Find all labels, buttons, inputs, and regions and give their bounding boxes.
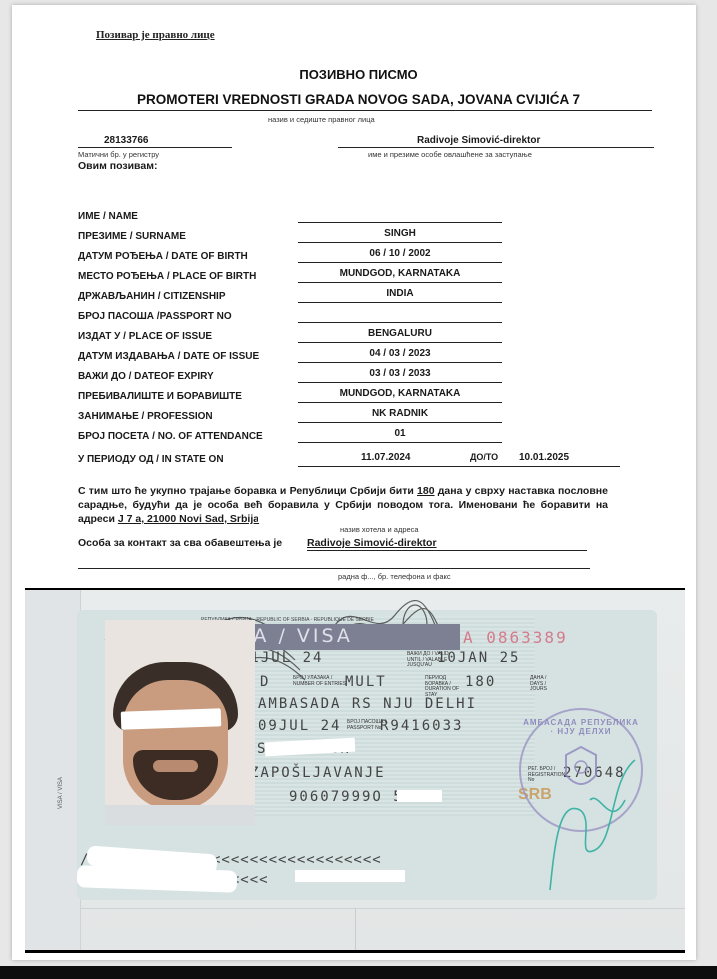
header-note: Позивар је правно лице: [96, 29, 215, 41]
field-label: ЗАНИМАЊЕ / PROFESSION: [78, 411, 213, 422]
letter-title: ПОЗИВНО ПИСМО: [0, 67, 717, 82]
redaction-mark: [397, 790, 442, 802]
visa-number: A 0863389: [463, 628, 568, 647]
organization-rule: [78, 110, 652, 111]
period-rule: [298, 466, 620, 467]
stay-paragraph: С тим што ће укупно трајање боравка и Ре…: [78, 484, 608, 526]
redaction-mark: [258, 510, 340, 522]
contact-value: Radivoje Simović-direktor: [307, 537, 437, 549]
redaction-mark: [295, 870, 405, 882]
remarks: ZAPOŠLJAVANJE: [250, 765, 386, 781]
field-value: MUNDGOD, KARNATAKA: [298, 388, 502, 403]
field-value: 01: [298, 428, 502, 443]
field-label: БРОЈ ПАСОША /PASSPORT NO: [78, 311, 232, 322]
stay-days: 180: [417, 485, 435, 497]
signature-icon: [540, 740, 650, 900]
field-value: 03 / 03 / 2033: [298, 368, 502, 383]
entries-label: БРОЈ УЛАЗАКА / NUMBER OF ENTRIES: [293, 676, 348, 687]
field-value: SINGH: [298, 228, 502, 243]
contact-caption: радна ф..., бр. телефона и факс: [338, 572, 451, 581]
period-from: 11.07.2024: [361, 452, 411, 463]
registry-rule: [78, 147, 232, 148]
redaction-mark: [372, 207, 428, 220]
field-label: БРОЈ ПОСЕТА / NO. OF ATTENDANCE: [78, 431, 263, 442]
code-line: 90607999O 5: [289, 789, 404, 805]
field-value: 04 / 03 / 2023: [298, 348, 502, 363]
registry-number: 28133766: [104, 135, 149, 146]
field-value: BENGALURU: [298, 328, 502, 343]
contact-rule: [307, 550, 587, 551]
issue-date: 09JUL 24: [258, 718, 341, 734]
bottom-bar: [0, 966, 717, 979]
visa-photo: VISA / VISA РЕПУБЛИКА СРБИЈА · REPUBLIC …: [25, 588, 685, 953]
field-label: ПРЕЗИМЕ / SURNAME: [78, 231, 186, 242]
field-value: NK RADNIK: [298, 408, 502, 423]
redaction-mark: [372, 307, 428, 320]
field-value: INDIA: [298, 288, 502, 303]
days-label: ДАНА / DAYS / JOURS: [530, 676, 552, 693]
duration: 180: [465, 674, 496, 690]
field-label: ПРЕБИВАЛИШТЕ И БОРАВИШТЕ: [78, 391, 242, 402]
paragraph-text-1: С тим што ће укупно трајање боравка и Ре…: [78, 485, 417, 497]
redaction-mark: [330, 553, 402, 565]
field-label: ДАТУМ ИЗДАВАЊА / DATE OF ISSUE: [78, 351, 259, 362]
photo-mouth: [153, 760, 198, 772]
field-label: ВАЖИ ДО / DATEOF EXPIRY: [78, 371, 214, 382]
field-label: ДАТУМ РОЂЕЊА / DATE OF BIRTH: [78, 251, 248, 262]
passport-margin: VISA / VISA: [25, 590, 81, 950]
representative-rule: [338, 147, 654, 148]
address-caption: назив хотела и адреса: [340, 525, 419, 534]
representative-caption: име и презиме особе овлашћене за заступа…: [368, 150, 532, 159]
field-value: 06 / 10 / 2002: [298, 248, 502, 263]
field-label: ИМЕ / NAME: [78, 211, 138, 222]
stay-address: J 7 a, 21000 Novi Sad, Srbija: [118, 513, 259, 525]
page-divider: [80, 908, 685, 909]
field-label: МЕСТО РОЂЕЊА / PLACE OF BIRTH: [78, 271, 256, 282]
contact-detail-rule: [78, 568, 590, 569]
organization-name: PROMOTERI VREDNOSTI GRADA NOVOG SADA, JO…: [0, 92, 717, 107]
field-value: MUNDGOD, KARNATAKA: [298, 268, 502, 283]
entries: MULT: [345, 674, 387, 690]
period-label: У ПЕРИОДУ ОД / IN STATE ON: [78, 454, 224, 465]
contact-label: Особа за контакт за сва обавештења је: [78, 537, 282, 549]
duration-label: ПЕРИОД БОРАВКА / DURATION OF STAY: [425, 676, 467, 698]
invite-intro: Овим позивам:: [78, 160, 157, 172]
redaction-mark: [121, 708, 222, 729]
field-label: ДРЖАВЉАНИН / CITIZENSHIP: [78, 291, 226, 302]
passport-number: R9416033: [380, 718, 463, 734]
photo-shirt: [105, 805, 255, 825]
valid-until: 10JAN 25: [437, 650, 520, 666]
stamp-text: АМБАСАДА РЕПУБЛИКА · НЈУ ДЕЛХИ: [521, 718, 641, 736]
period-to: 10.01.2025: [519, 452, 569, 463]
holder-photo: [105, 620, 255, 825]
visa-type: D: [260, 674, 270, 690]
page-divider: [355, 908, 356, 950]
representative-name: Radivoje Simović-direktor: [417, 135, 540, 146]
period-separator: ДО/ТО: [470, 452, 498, 462]
field-label: ИЗДАТ У / PLACE OF ISSUE: [78, 331, 212, 342]
place-of-issue: AMBASADA RS NJU DELHI: [258, 696, 477, 712]
organization-caption: назив и седиште правног лица: [268, 115, 375, 124]
side-text: VISA / VISA: [58, 777, 64, 809]
registry-caption: Матични бр. у регистру: [78, 150, 159, 159]
